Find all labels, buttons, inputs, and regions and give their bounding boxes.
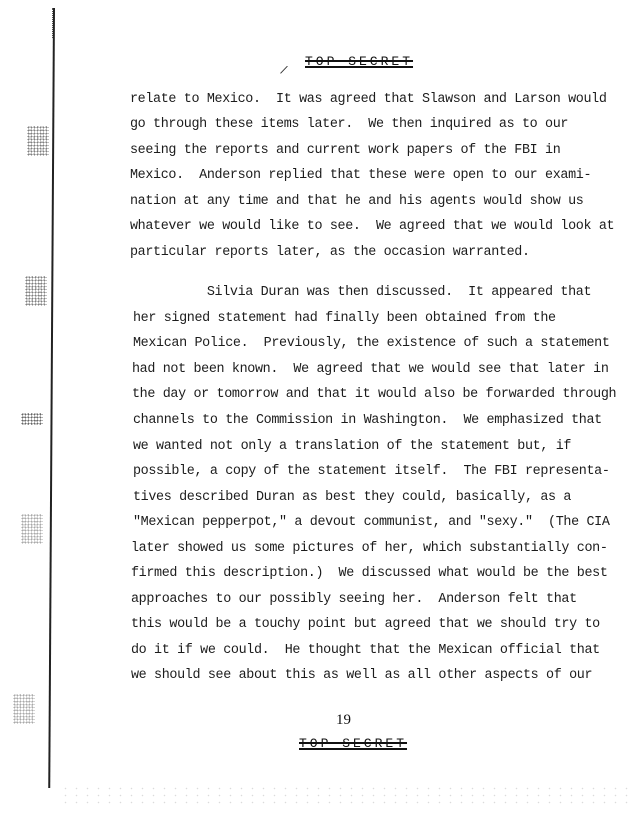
text-line: channels to the Commission in Washington…: [133, 413, 602, 429]
text-line: go through these items later. We then in…: [130, 117, 568, 133]
text-line: Mexican Police. Previously, the existenc…: [133, 336, 610, 352]
text-line: approaches to our possibly seeing her. A…: [131, 592, 577, 608]
text-line: Mexico. Anderson replied that these were…: [130, 168, 591, 184]
text-line: we should see about this as well as all …: [131, 668, 592, 684]
classification-footer: TOP SECRET: [299, 736, 407, 751]
document-page: TOP SECRET / relate to Mexico. It was ag…: [0, 0, 638, 824]
hole-punch-mark: [25, 276, 47, 306]
text-line: later showed us some pictures of her, wh…: [131, 541, 608, 557]
scan-noise: [60, 785, 630, 805]
text-line: we wanted not only a translation of the …: [133, 439, 571, 455]
text-line: had not been known. We agreed that we wo…: [132, 362, 609, 378]
hole-punch-mark: [27, 126, 49, 156]
text-line: her signed statement had finally been ob…: [133, 311, 556, 327]
hole-punch-mark: [13, 694, 35, 724]
hole-punch-mark: [21, 514, 43, 544]
text-line: tives described Duran as best they could…: [133, 490, 571, 506]
margin-binding-line: [48, 8, 54, 788]
stray-pen-mark: /: [278, 63, 289, 78]
text-line: do it if we could. He thought that the M…: [131, 643, 600, 659]
text-line: the day or tomorrow and that it would al…: [132, 387, 616, 403]
hole-punch-mark: [21, 413, 43, 425]
text-line: particular reports later, as the occasio…: [130, 245, 530, 261]
classification-header: TOP SECRET: [305, 54, 413, 69]
text-line: Silvia Duran was then discussed. It appe…: [130, 285, 591, 301]
text-line: nation at any time and that he and his a…: [130, 194, 583, 210]
text-line: "Mexican pepperpot," a devout communist,…: [133, 515, 610, 531]
text-line: firmed this description.) We discussed w…: [131, 566, 608, 582]
text-line: relate to Mexico. It was agreed that Sla…: [130, 92, 607, 108]
text-line: seeing the reports and current work pape…: [130, 143, 560, 159]
text-line: whatever we would like to see. We agreed…: [130, 219, 614, 235]
text-line: this would be a touchy point but agreed …: [131, 617, 600, 633]
page-number: 19: [336, 712, 351, 729]
text-line: possible, a copy of the statement itself…: [133, 464, 610, 480]
